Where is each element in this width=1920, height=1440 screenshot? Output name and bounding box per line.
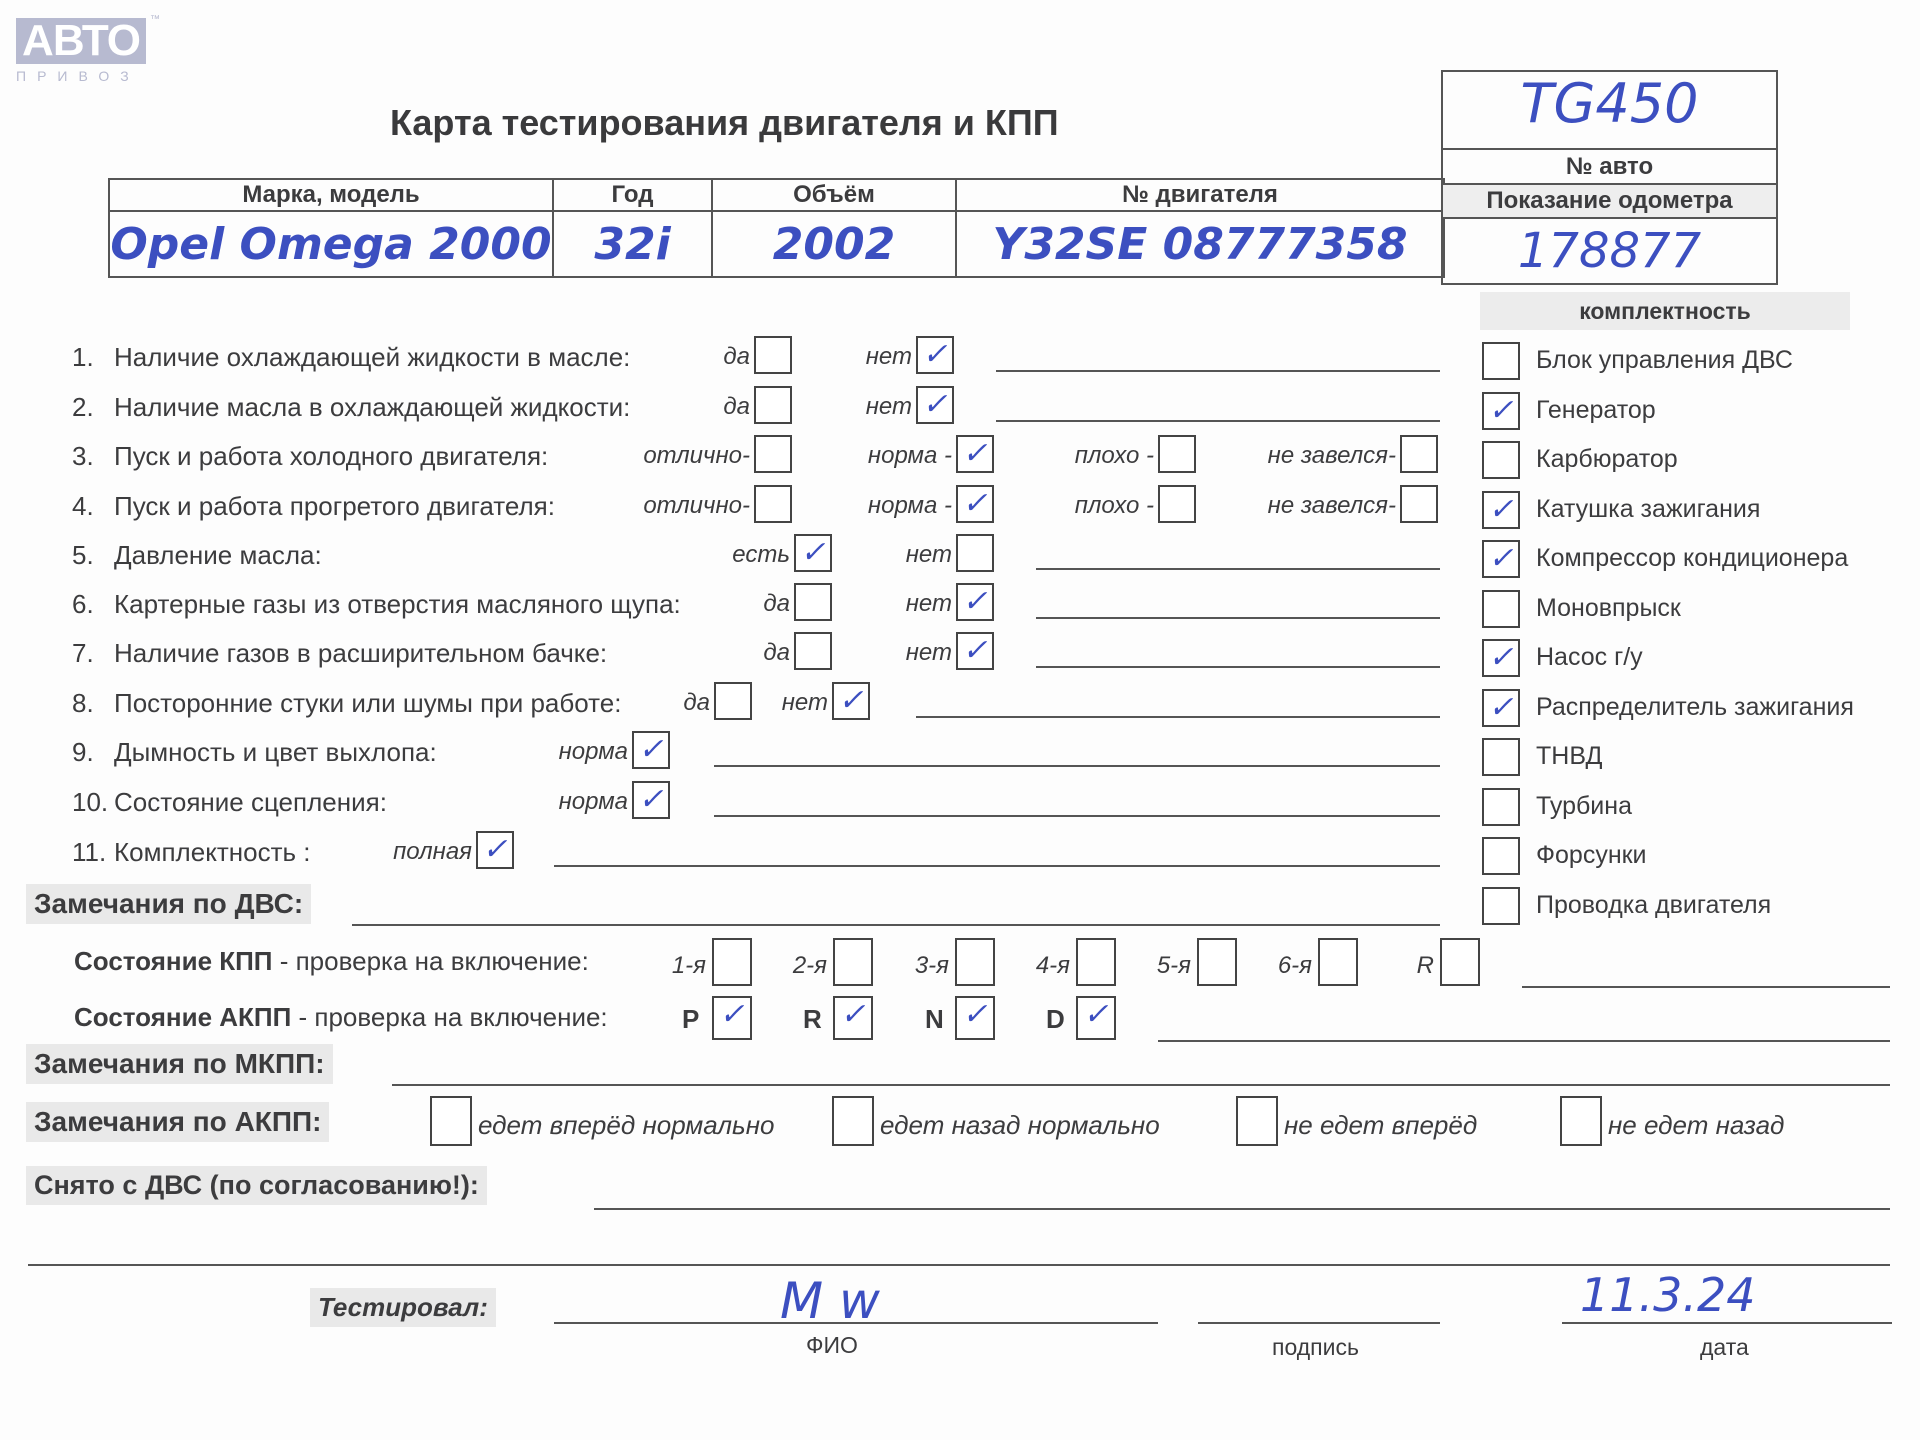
gear-label: 2-я	[773, 952, 827, 980]
checkbox-2-1[interactable]	[754, 386, 792, 424]
option-label: да	[716, 393, 750, 421]
notes-line[interactable]	[1036, 666, 1440, 668]
completeness-item-label: Проводка двигателя	[1536, 891, 1771, 920]
tester-name-caption: ФИО	[806, 1332, 858, 1359]
completeness-item-label: Турбина	[1536, 792, 1632, 821]
option-label: да	[758, 639, 790, 667]
date-caption: дата	[1700, 1334, 1749, 1361]
checkbox-5-2[interactable]	[956, 534, 994, 572]
checkbox-7-2[interactable]: ✓	[956, 632, 994, 670]
check-number: 11.	[72, 837, 106, 868]
tester-name-field[interactable]	[554, 1322, 1158, 1324]
completeness-title: комплектность	[1480, 292, 1850, 330]
gear-label: 3-я	[895, 952, 949, 980]
option-label: да	[716, 343, 750, 371]
completeness-item-label: Насос г/у	[1536, 643, 1643, 672]
auto-remark-label: не едет назад	[1608, 1110, 1784, 1141]
auto-remark-checkbox-1[interactable]	[430, 1096, 472, 1146]
gear-label: R	[803, 1004, 822, 1035]
gear-label: 4-я	[1016, 952, 1070, 980]
gear-label: P	[682, 1004, 699, 1035]
checkbox-4-2[interactable]: ✓	[956, 485, 994, 523]
completeness-checkbox-5[interactable]: ✓	[1482, 540, 1520, 578]
checkbox-1-2[interactable]: ✓	[916, 336, 954, 374]
completeness-checkbox-4[interactable]: ✓	[1482, 491, 1520, 529]
option-label: нет	[856, 343, 912, 371]
manual-gear-5-checkbox[interactable]	[1197, 938, 1237, 986]
auto-remark-label: едет назад нормально	[880, 1110, 1160, 1141]
option-label: отлично-	[630, 492, 750, 520]
check-label: Комплектность :	[114, 837, 311, 868]
logo-subtitle: ПРИВОЗ	[16, 68, 140, 84]
col-year: Год	[553, 179, 712, 211]
option-label: да	[758, 590, 790, 618]
manual-gear-7-checkbox[interactable]	[1440, 938, 1480, 986]
checkbox-3-3[interactable]	[1158, 435, 1196, 473]
auto-gear-P-checkbox[interactable]: ✓	[712, 996, 752, 1040]
vehicle-number-box: TG450 № авто	[1441, 70, 1778, 186]
notes-line[interactable]	[1036, 568, 1440, 570]
notes-line[interactable]	[1036, 617, 1440, 619]
option-label: норма -	[856, 492, 952, 520]
checkbox-5-1[interactable]: ✓	[794, 534, 832, 572]
option-label: нет	[896, 590, 952, 618]
removed-label: Снято с ДВС (по согласованию!):	[26, 1166, 487, 1205]
notes-line[interactable]	[554, 865, 1440, 867]
checkbox-7-1[interactable]	[794, 632, 832, 670]
completeness-item-label: Генератор	[1536, 396, 1656, 425]
check-label: Давление масла:	[114, 540, 322, 571]
option-label: нет	[856, 393, 912, 421]
completeness-item-label: ТНВД	[1536, 742, 1602, 771]
year-field[interactable]: 32i	[553, 211, 712, 277]
auto-remark-checkbox-3[interactable]	[1236, 1096, 1278, 1146]
option-label: норма -	[856, 442, 952, 470]
check-label: Пуск и работа прогретого двигателя:	[114, 491, 555, 522]
completeness-item-label: Компрессор кондиционера	[1536, 544, 1848, 573]
make-model-field[interactable]: Opel Omega 2000	[109, 211, 553, 277]
check-number: 3.	[72, 441, 94, 472]
gear-label: R	[1380, 952, 1434, 980]
form-title: Карта тестирования двигателя и КПП	[390, 102, 1059, 144]
vehicle-number-label: № авто	[1443, 150, 1776, 184]
auto-remark-checkbox-2[interactable]	[832, 1096, 874, 1146]
manual-remarks-label: Замечания по МКПП:	[26, 1044, 333, 1084]
manual-gearbox-label: Состояние КПП - проверка на включение:	[74, 946, 589, 977]
check-number: 8.	[72, 688, 94, 719]
checkbox-6-2[interactable]: ✓	[956, 583, 994, 621]
date-field[interactable]	[1562, 1322, 1892, 1324]
option-label: норма	[548, 738, 628, 766]
check-label: Наличие масла в охлаждающей жидкости:	[114, 392, 630, 423]
volume-field[interactable]: 2002	[712, 211, 956, 277]
checkbox-8-1[interactable]	[714, 682, 752, 720]
checkbox-4-4[interactable]	[1400, 485, 1438, 523]
completeness-checkbox-7[interactable]: ✓	[1482, 639, 1520, 677]
gear-label: 5-я	[1137, 952, 1191, 980]
checkbox-2-2[interactable]: ✓	[916, 386, 954, 424]
manual-gear-6-checkbox[interactable]	[1318, 938, 1358, 986]
completeness-item-label: Форсунки	[1536, 841, 1647, 870]
auto-gear-N-checkbox[interactable]: ✓	[955, 996, 995, 1040]
completeness-checkbox-10[interactable]	[1482, 788, 1520, 826]
check-label: Пуск и работа холодного двигателя:	[114, 441, 548, 472]
signature-field[interactable]	[1198, 1322, 1440, 1324]
completeness-checkbox-9[interactable]	[1482, 738, 1520, 776]
col-engine-no: № двигателя	[956, 179, 1444, 211]
auto-remark-label: едет вперёд нормально	[478, 1110, 774, 1141]
gear-label: N	[925, 1004, 944, 1035]
auto-gear-R-checkbox[interactable]: ✓	[833, 996, 873, 1040]
manual-gear-3-checkbox[interactable]	[955, 938, 995, 986]
manual-remarks-field[interactable]	[392, 1084, 1890, 1086]
check-number: 6.	[72, 589, 94, 620]
manual-gearbox-notes[interactable]	[1522, 986, 1890, 988]
completeness-checkbox-3[interactable]	[1482, 441, 1520, 479]
checkbox-3-1[interactable]	[754, 435, 792, 473]
option-label: не завелся-	[1252, 492, 1396, 520]
check-number: 5.	[72, 540, 94, 571]
date-value: 11.3.24	[1580, 1268, 1756, 1322]
tester-label: Тестировал:	[310, 1288, 496, 1327]
checkbox-11-1[interactable]: ✓	[476, 831, 514, 869]
option-label: плохо -	[1064, 442, 1154, 470]
gear-label: 6-я	[1258, 952, 1312, 980]
check-number: 10.	[72, 787, 108, 818]
odometer-label: Показание одометра	[1443, 185, 1776, 219]
col-make-model: Марка, модель	[109, 179, 553, 211]
auto-gear-D-checkbox[interactable]: ✓	[1076, 996, 1116, 1040]
check-number: 2.	[72, 392, 94, 423]
engine-remarks-label: Замечания по ДВС:	[26, 884, 311, 924]
manual-gear-2-checkbox[interactable]	[833, 938, 873, 986]
checkbox-8-2[interactable]: ✓	[832, 682, 870, 720]
completeness-item-label: Распределитель зажигания	[1536, 693, 1854, 722]
check-label: Картерные газы из отверстия масляного щу…	[114, 589, 681, 620]
auto-gearbox-notes[interactable]	[1158, 1040, 1890, 1042]
option-label: нет	[776, 689, 828, 717]
signature-caption: подпись	[1272, 1334, 1359, 1361]
removed-field[interactable]	[594, 1208, 1890, 1210]
completeness-item-label: Карбюратор	[1536, 445, 1678, 474]
check-number: 9.	[72, 737, 94, 768]
col-volume: Объём	[712, 179, 956, 211]
option-label: не завелся-	[1252, 442, 1396, 470]
auto-remark-label: не едет вперёд	[1284, 1110, 1477, 1141]
check-number: 7.	[72, 638, 94, 669]
auto-gearbox-label: Состояние АКПП - проверка на включение:	[74, 1002, 608, 1033]
manual-gear-1-checkbox[interactable]	[712, 938, 752, 986]
option-label: нет	[896, 639, 952, 667]
logo-trademark: ™	[150, 14, 160, 25]
logo: АВТО	[16, 18, 146, 64]
completeness-checkbox-11[interactable]	[1482, 837, 1520, 875]
checkbox-1-1[interactable]	[754, 336, 792, 374]
auto-remark-checkbox-4[interactable]	[1560, 1096, 1602, 1146]
completeness-checkbox-1[interactable]	[1482, 342, 1520, 380]
vehicle-number-field[interactable]: TG450	[1443, 72, 1776, 150]
notes-line[interactable]	[916, 716, 1440, 718]
odometer-box: Показание одометра 178877	[1441, 183, 1778, 285]
auto-remarks-label: Замечания по АКПП:	[26, 1102, 329, 1142]
checkbox-4-1[interactable]	[754, 485, 792, 523]
option-label: есть	[722, 541, 790, 569]
engine-no-field[interactable]: Y32SE 08777358	[956, 211, 1444, 277]
option-label: полная	[376, 838, 472, 866]
completeness-checkbox-2[interactable]: ✓	[1482, 392, 1520, 430]
extra-line[interactable]	[28, 1264, 1890, 1266]
completeness-checkbox-6[interactable]	[1482, 590, 1520, 628]
checkbox-3-2[interactable]: ✓	[956, 435, 994, 473]
check-number: 1.	[72, 342, 94, 373]
odometer-field[interactable]: 178877	[1443, 219, 1776, 283]
checkbox-3-4[interactable]	[1400, 435, 1438, 473]
check-number: 4.	[72, 491, 94, 522]
completeness-checkbox-12[interactable]	[1482, 887, 1520, 925]
notes-line[interactable]	[714, 765, 1440, 767]
option-label: норма	[548, 788, 628, 816]
notes-line[interactable]	[714, 815, 1440, 817]
check-label: Дымность и цвет выхлопа:	[114, 737, 437, 768]
completeness-checkbox-8[interactable]: ✓	[1482, 689, 1520, 727]
notes-line[interactable]	[996, 370, 1440, 372]
check-label: Наличие газов в расширительном бачке:	[114, 638, 607, 669]
completeness-item-label: Катушка зажигания	[1536, 495, 1760, 524]
option-label: да	[678, 689, 710, 717]
checkbox-4-3[interactable]	[1158, 485, 1196, 523]
checkbox-6-1[interactable]	[794, 583, 832, 621]
option-label: плохо -	[1064, 492, 1154, 520]
completeness-item-label: Блок управления ДВС	[1536, 346, 1793, 375]
engine-remarks-field[interactable]	[352, 924, 1440, 926]
check-label: Посторонние стуки или шумы при работе:	[114, 688, 621, 719]
check-label: Состояние сцепления:	[114, 787, 387, 818]
option-label: нет	[896, 541, 952, 569]
gear-label: D	[1046, 1004, 1065, 1035]
checkbox-9-1[interactable]: ✓	[632, 731, 670, 769]
notes-line[interactable]	[996, 420, 1440, 422]
check-label: Наличие охлаждающей жидкости в масле:	[114, 342, 630, 373]
gear-label: 1-я	[652, 952, 706, 980]
checkbox-10-1[interactable]: ✓	[632, 781, 670, 819]
vehicle-info-table: Марка, модель Год Объём № двигателя Opel…	[108, 178, 1445, 278]
manual-gear-4-checkbox[interactable]	[1076, 938, 1116, 986]
option-label: отлично-	[630, 442, 750, 470]
completeness-item-label: Моновпрыск	[1536, 594, 1681, 623]
